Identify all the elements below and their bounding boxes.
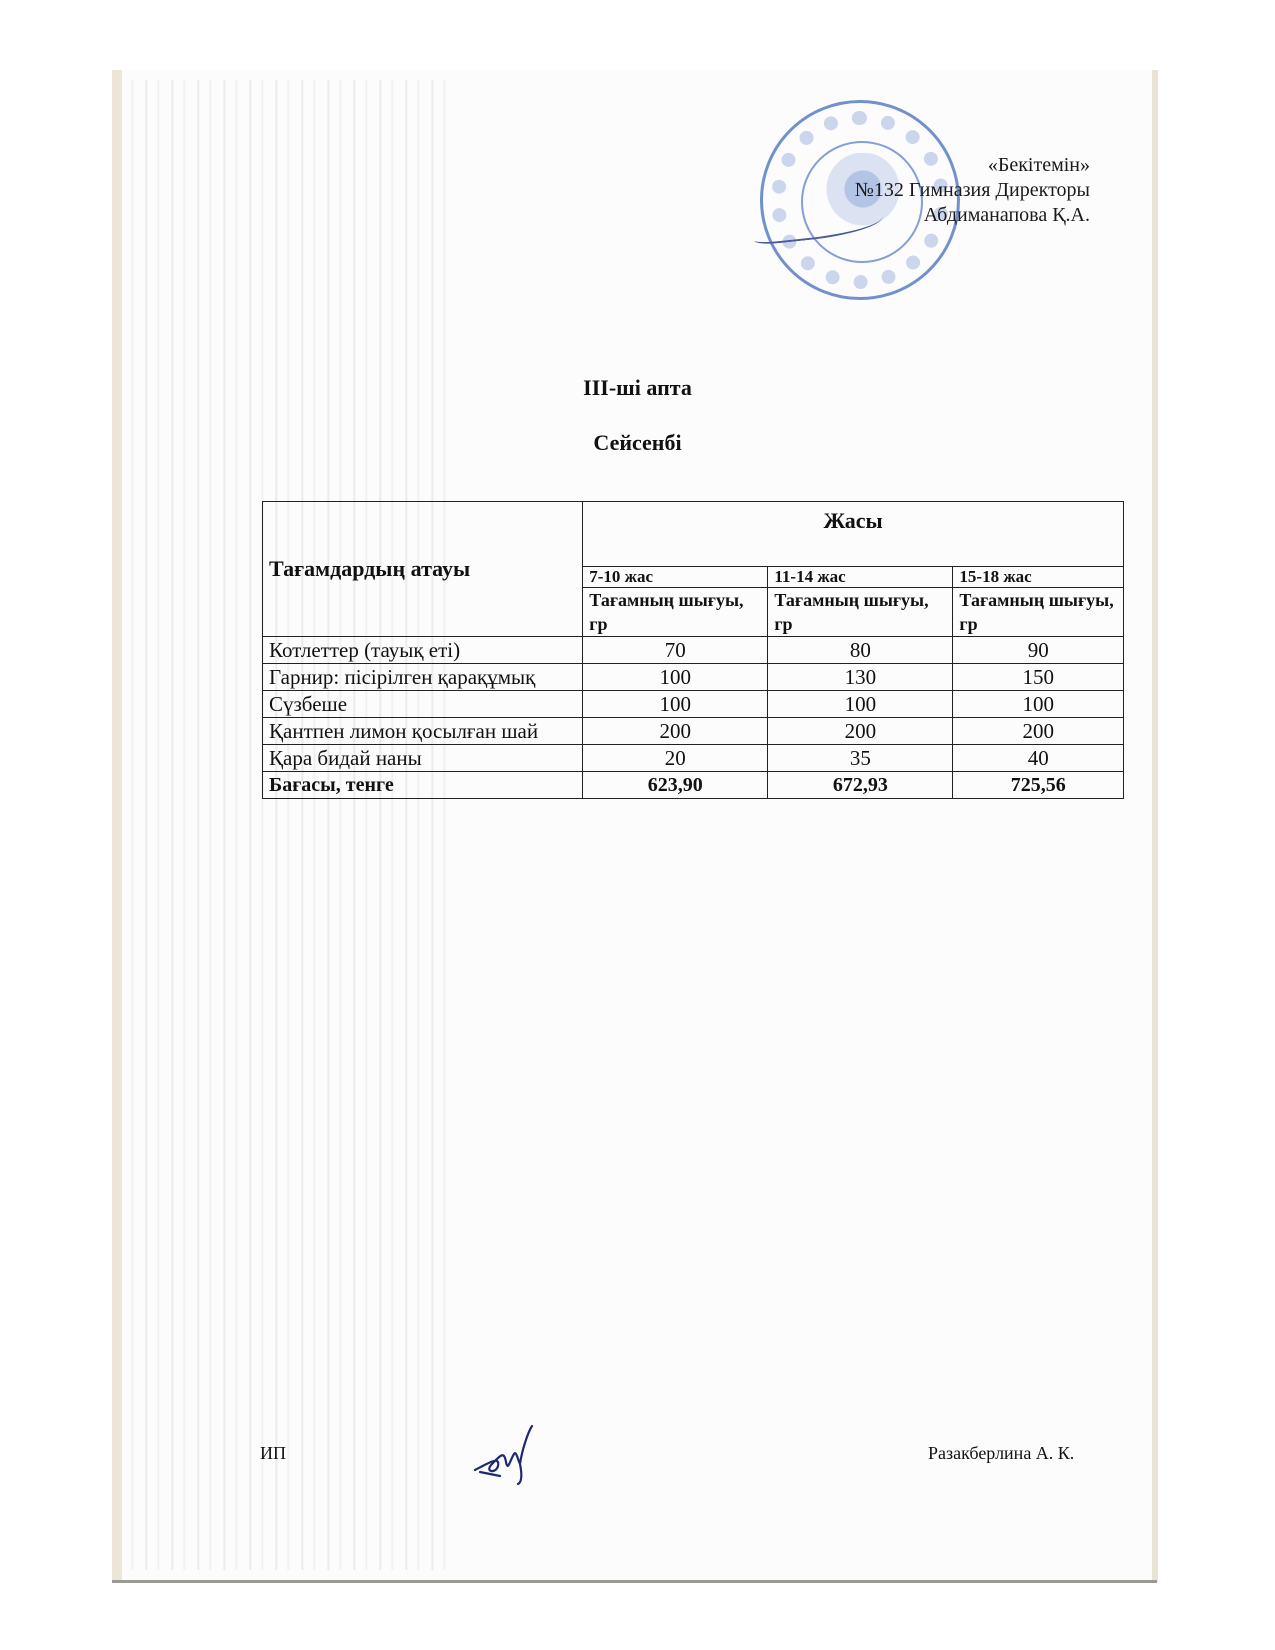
menu-table: Тағамдардың атауы Жасы 7-10 жас 11-14 жа… — [262, 501, 1124, 799]
portion-value: 130 — [768, 664, 953, 691]
table-row: Сүзбеше 100 100 100 — [263, 691, 1124, 718]
day-title: Сейсенбі — [0, 430, 1275, 456]
scan-artifacts — [122, 80, 452, 1570]
footer-entity: ИП — [260, 1443, 286, 1464]
footer-signer: Разакберлина А. К. — [928, 1443, 1074, 1464]
price-row: Бағасы, тенге 623,90 672,93 725,56 — [263, 772, 1124, 799]
approval-position: №132 Гимназия Директоры — [855, 178, 1090, 203]
price-value: 725,56 — [953, 772, 1124, 799]
portion-value: 90 — [953, 637, 1124, 664]
portion-value: 200 — [953, 718, 1124, 745]
age-group-header: 15-18 жас — [953, 567, 1124, 588]
table-row: Котлеттер (тауық еті) 70 80 90 — [263, 637, 1124, 664]
dish-name: Қара бидай наны — [263, 745, 583, 772]
table-header-row: Тағамдардың атауы Жасы — [263, 502, 1124, 567]
portion-value: 100 — [953, 691, 1124, 718]
unit-header: Тағамның шығуы, гр — [583, 588, 768, 637]
portion-value: 20 — [583, 745, 768, 772]
dish-name: Гарнир: пісірілген қарақұмық — [263, 664, 583, 691]
portion-value: 200 — [583, 718, 768, 745]
table-row: Қантпен лимон қосылған шай 200 200 200 — [263, 718, 1124, 745]
portion-value: 70 — [583, 637, 768, 664]
portion-value: 100 — [768, 691, 953, 718]
table-row: Қара бидай наны 20 35 40 — [263, 745, 1124, 772]
table-row: Гарнир: пісірілген қарақұмық 100 130 150 — [263, 664, 1124, 691]
portion-value: 35 — [768, 745, 953, 772]
unit-header: Тағамның шығуы, гр — [768, 588, 953, 637]
dish-name: Сүзбеше — [263, 691, 583, 718]
portion-value: 100 — [583, 691, 768, 718]
portion-value: 200 — [768, 718, 953, 745]
week-title: ІІІ-ші апта — [0, 375, 1275, 401]
age-group-header: 7-10 жас — [583, 567, 768, 588]
portion-value: 150 — [953, 664, 1124, 691]
portion-value: 40 — [953, 745, 1124, 772]
price-value: 672,93 — [768, 772, 953, 799]
age-header: Жасы — [583, 502, 1124, 567]
approval-title: «Бекітемін» — [855, 153, 1090, 178]
unit-header: Тағамның шығуы, гр — [953, 588, 1124, 637]
portion-value: 80 — [768, 637, 953, 664]
approval-director: Абдиманапова Қ.А. — [855, 203, 1090, 228]
price-label: Бағасы, тенге — [263, 772, 583, 799]
portion-value: 100 — [583, 664, 768, 691]
age-group-header: 11-14 жас — [768, 567, 953, 588]
supplier-signature-icon — [470, 1420, 550, 1490]
paper-edge-bottom — [112, 1580, 1157, 1583]
dish-name: Қантпен лимон қосылған шай — [263, 718, 583, 745]
name-column-header: Тағамдардың атауы — [263, 502, 583, 637]
price-value: 623,90 — [583, 772, 768, 799]
paper-edge — [1152, 70, 1158, 1582]
approval-block: «Бекітемін» №132 Гимназия Директоры Абди… — [855, 153, 1090, 228]
dish-name: Котлеттер (тауық еті) — [263, 637, 583, 664]
